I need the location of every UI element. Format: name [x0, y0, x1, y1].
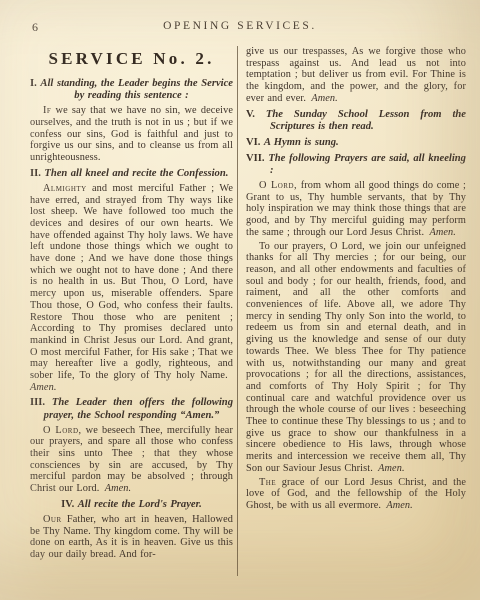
amen: Amen. [378, 463, 405, 474]
rubric-text: The following Prayers are said, all knee… [268, 153, 466, 176]
rubric-ii: II. Then all kneel and recite the Confes… [30, 168, 233, 180]
rubric-numeral: I. [30, 78, 40, 89]
rubric-v: V. The Sunday School Lesson from the Scr… [246, 109, 466, 133]
lead-word: The [259, 477, 276, 488]
paragraph: If we say that we have no sin, we deceiv… [30, 105, 233, 164]
right-column: give us our trespasses, As we forgive th… [246, 44, 466, 596]
rubric-numeral: VI. [246, 137, 264, 148]
rubric-text: All recite the Lord's Prayer. [78, 499, 202, 510]
amen: Amen. [105, 483, 132, 494]
rubric-iii: III. The Leader then offers the followin… [30, 397, 233, 421]
running-head: OPENING SERVICES. [0, 0, 480, 32]
rubric-i: I. All standing, the Leader begins the S… [30, 78, 233, 102]
paragraph: To our prayers, O Lord, we join our unfe… [246, 241, 466, 475]
page-number: 6 [32, 20, 39, 35]
rubric-text: A Hymn is sung. [264, 137, 339, 148]
amen: Amen. [30, 382, 57, 393]
two-column-text: SERVICE No. 2. I. All standing, the Lead… [0, 44, 480, 596]
rubric-vii: VII. The following Prayers are said, all… [246, 153, 466, 177]
lead-word: O Lord, [43, 425, 82, 436]
rubric-numeral: II. [30, 168, 44, 179]
rubric-iv: IV. All recite the Lord's Prayer. [30, 499, 233, 511]
lead-word: Almighty [43, 183, 87, 194]
column-divider-rule [237, 46, 238, 576]
rubric-text: Then all kneel and recite the Confession… [44, 168, 228, 179]
amen: Amen. [429, 227, 456, 238]
rubric-vi: VI. A Hymn is sung. [246, 137, 466, 149]
rubric-numeral: III. [30, 397, 52, 408]
rubric-text: The Sunday School Lesson from the Script… [266, 109, 466, 132]
lead-word: If [43, 105, 51, 116]
paragraph: give us our trespasses, As we forgive th… [246, 46, 466, 105]
left-column: SERVICE No. 2. I. All standing, the Lead… [30, 44, 233, 596]
amen: Amen. [311, 93, 338, 104]
service-title: SERVICE No. 2. [30, 49, 233, 69]
book-page: 6 OPENING SERVICES. SERVICE No. 2. I. Al… [0, 0, 480, 600]
paragraph: Our Father, who art in heaven, Hallowed … [30, 514, 233, 561]
lead-word: O Lord, [259, 180, 297, 191]
rubric-text: The Leader then offers the following pra… [44, 397, 233, 420]
paragraph: Almighty and most merciful Father ; We h… [30, 183, 233, 394]
paragraph: The grace of our Lord Jesus Christ, and … [246, 477, 466, 512]
paragraph: O Lord, we beseech Thee, mercifully hear… [30, 425, 233, 495]
rubric-text: All standing, the Leader begins the Serv… [40, 78, 233, 101]
amen: Amen. [386, 500, 413, 511]
rubric-numeral: V. [246, 109, 266, 120]
lead-word: Our [43, 514, 62, 525]
rubric-numeral: IV. [61, 499, 78, 510]
rubric-numeral: VII. [246, 153, 268, 164]
paragraph: O Lord, from whom all good things do com… [246, 180, 466, 239]
page-header: 6 OPENING SERVICES. [0, 0, 480, 44]
